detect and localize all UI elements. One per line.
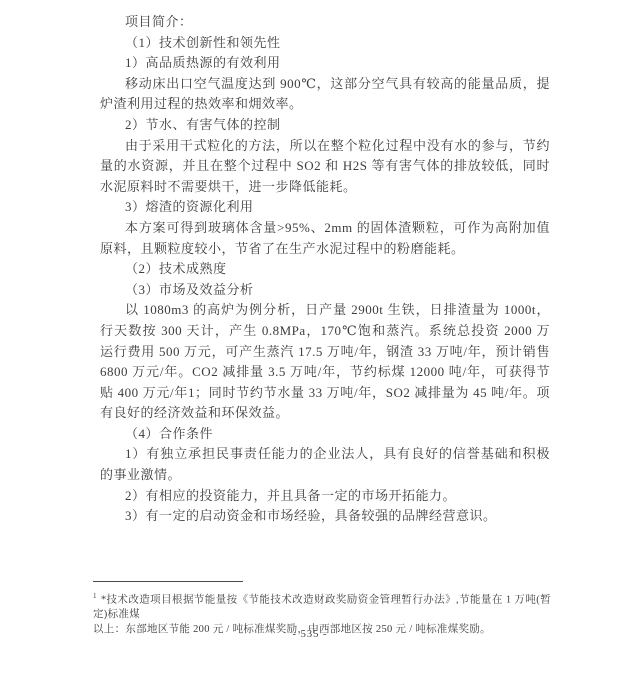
text-line: 有良好的经济效益和环保效益。	[100, 403, 550, 424]
text-line-content: 移动床出口空气温度达到 900℃，这部分空气具有较高的能量品质，提高了	[100, 76, 550, 95]
text-line: 行天数按 300 天计，产生 0.8MPa，170℃饱和蒸汽。系统总投资 200…	[100, 321, 550, 342]
text-line-content: 原料，且颗粒度较小，节省了在生产水泥过程中的粉磨能耗。	[100, 241, 465, 256]
text-line: 1）高品质热源的有效利用	[100, 53, 550, 74]
text-line: 3）有一定的启动资金和市场经验，具备较强的品牌经营意识。	[100, 506, 550, 527]
text-line: （1）技术创新性和领先性	[100, 33, 550, 54]
text-line: 本方案可得到玻璃体含量>95%、2mm 的固体渣颗粒，可作为高附加值的水泥	[100, 218, 550, 239]
text-line-content: 2）节水、有害气体的控制	[125, 117, 281, 132]
document-page: 项目简介：（1）技术创新性和领先性1）高品质热源的有效利用移动床出口空气温度达到…	[0, 0, 632, 696]
footnote-marker: 1	[93, 592, 97, 600]
text-line: 水泥原料时不需要烘干，进一步降低能耗。	[100, 177, 550, 198]
text-line: 项目简介：	[100, 12, 550, 33]
text-line: 的事业激情。	[100, 465, 550, 486]
text-line: 2）有相应的投资能力，并且具备一定的市场开拓能力。	[100, 486, 550, 507]
text-line-content: 贴 400 万元/年1；同时节约节水量 33 万吨/年，SO2 减排量为 45 …	[100, 385, 550, 404]
text-line: 1）有独立承担民事责任能力的企业法人，具有良好的信誉基础和积极向上	[100, 444, 550, 465]
text-line-content: 项目简介：	[125, 14, 193, 29]
text-line-content: （1）技术创新性和领先性	[125, 35, 281, 50]
page-number: - 535 -	[0, 629, 620, 640]
text-line-content: 1）高品质热源的有效利用	[125, 55, 281, 70]
document-body: 项目简介：（1）技术创新性和领先性1）高品质热源的有效利用移动床出口空气温度达到…	[100, 12, 550, 527]
text-line: 量的水资源，并且在整个过程中 SO2 和 H2S 等有害气体的排放较低，同时在作…	[100, 156, 550, 177]
text-line: （2）技术成熟度	[100, 259, 550, 280]
text-line: （3）市场及效益分析	[100, 280, 550, 301]
text-line: 炉渣利用过程的热效率和㶲效率。	[100, 94, 550, 115]
text-line-content: 由于采用干式粒化的方法，所以在整个粒化过程中没有水的参与，节约了	[100, 138, 550, 157]
text-line: 3）熔渣的资源化利用	[100, 197, 550, 218]
text-line-content: 水泥原料时不需要烘干，进一步降低能耗。	[100, 179, 357, 194]
text-line-content: 的事业激情。	[100, 467, 181, 482]
footnote-line-1: 1*技术改造项目根据节能量按《节能技术改造财政奖励资金管理暂行办法》,节能量在 …	[93, 589, 551, 623]
text-line: 原料，且颗粒度较小，节省了在生产水泥过程中的粉磨能耗。	[100, 239, 550, 260]
text-line-content: 2）有相应的投资能力，并且具备一定的市场开拓能力。	[125, 488, 456, 503]
text-line-content: 以 1080m3 的高炉为例分析，日产量 2900t 生铁，日排渣量为 1000…	[100, 302, 550, 321]
text-line: 6800 万元/年。CO2 减排量 3.5 万吨/年，节约标煤 12000 吨/…	[100, 362, 550, 383]
text-line-content: （3）市场及效益分析	[125, 282, 254, 297]
text-line-content: 6800 万元/年。CO2 减排量 3.5 万吨/年，节约标煤 12000 吨/…	[100, 364, 550, 383]
text-line: 2）节水、有害气体的控制	[100, 115, 550, 136]
text-line: 移动床出口空气温度达到 900℃，这部分空气具有较高的能量品质，提高了	[100, 74, 550, 95]
text-line-content: （2）技术成熟度	[125, 261, 227, 276]
text-line: 运行费用 500 万元，可产生蒸汽 17.5 万吨/年，钢渣 33 万吨/年，预…	[100, 342, 550, 363]
footnote-text-1: *技术改造项目根据节能量按《节能技术改造财政奖励资金管理暂行办法》,节能量在 1…	[93, 595, 551, 621]
text-line: 由于采用干式粒化的方法，所以在整个粒化过程中没有水的参与，节约了大	[100, 136, 550, 157]
text-line: 贴 400 万元/年1；同时节约节水量 33 万吨/年，SO2 减排量为 45 …	[100, 383, 550, 404]
text-line-content: 1）有独立承担民事责任能力的企业法人，具有良好的信誉基础和积极向上	[100, 446, 550, 465]
text-line: （4）合作条件	[100, 424, 550, 445]
text-line-content: 运行费用 500 万元，可产生蒸汽 17.5 万吨/年，钢渣 33 万吨/年，预…	[100, 344, 550, 363]
text-line-content: 行天数按 300 天计，产生 0.8MPa，170℃饱和蒸汽。系统总投资 200…	[100, 323, 550, 342]
text-line-content: 量的水资源，并且在整个过程中 SO2 和 H2S 等有害气体的排放较低，同时在作…	[100, 158, 550, 177]
text-line-content: 3）熔渣的资源化利用	[125, 199, 254, 214]
text-line-content: 有良好的经济效益和环保效益。	[100, 405, 289, 420]
text-line-content: 炉渣利用过程的热效率和㶲效率。	[100, 96, 303, 111]
text-line-content: 本方案可得到玻璃体含量>95%、2mm 的固体渣颗粒，可作为高附加值的水泥	[100, 220, 550, 239]
text-line: 以 1080m3 的高炉为例分析，日产量 2900t 生铁，日排渣量为 1000…	[100, 300, 550, 321]
text-line-content: （4）合作条件	[125, 426, 213, 441]
footnote-separator-line	[93, 581, 243, 582]
text-line-content: 3）有一定的启动资金和市场经验，具备较强的品牌经营意识。	[125, 508, 497, 523]
